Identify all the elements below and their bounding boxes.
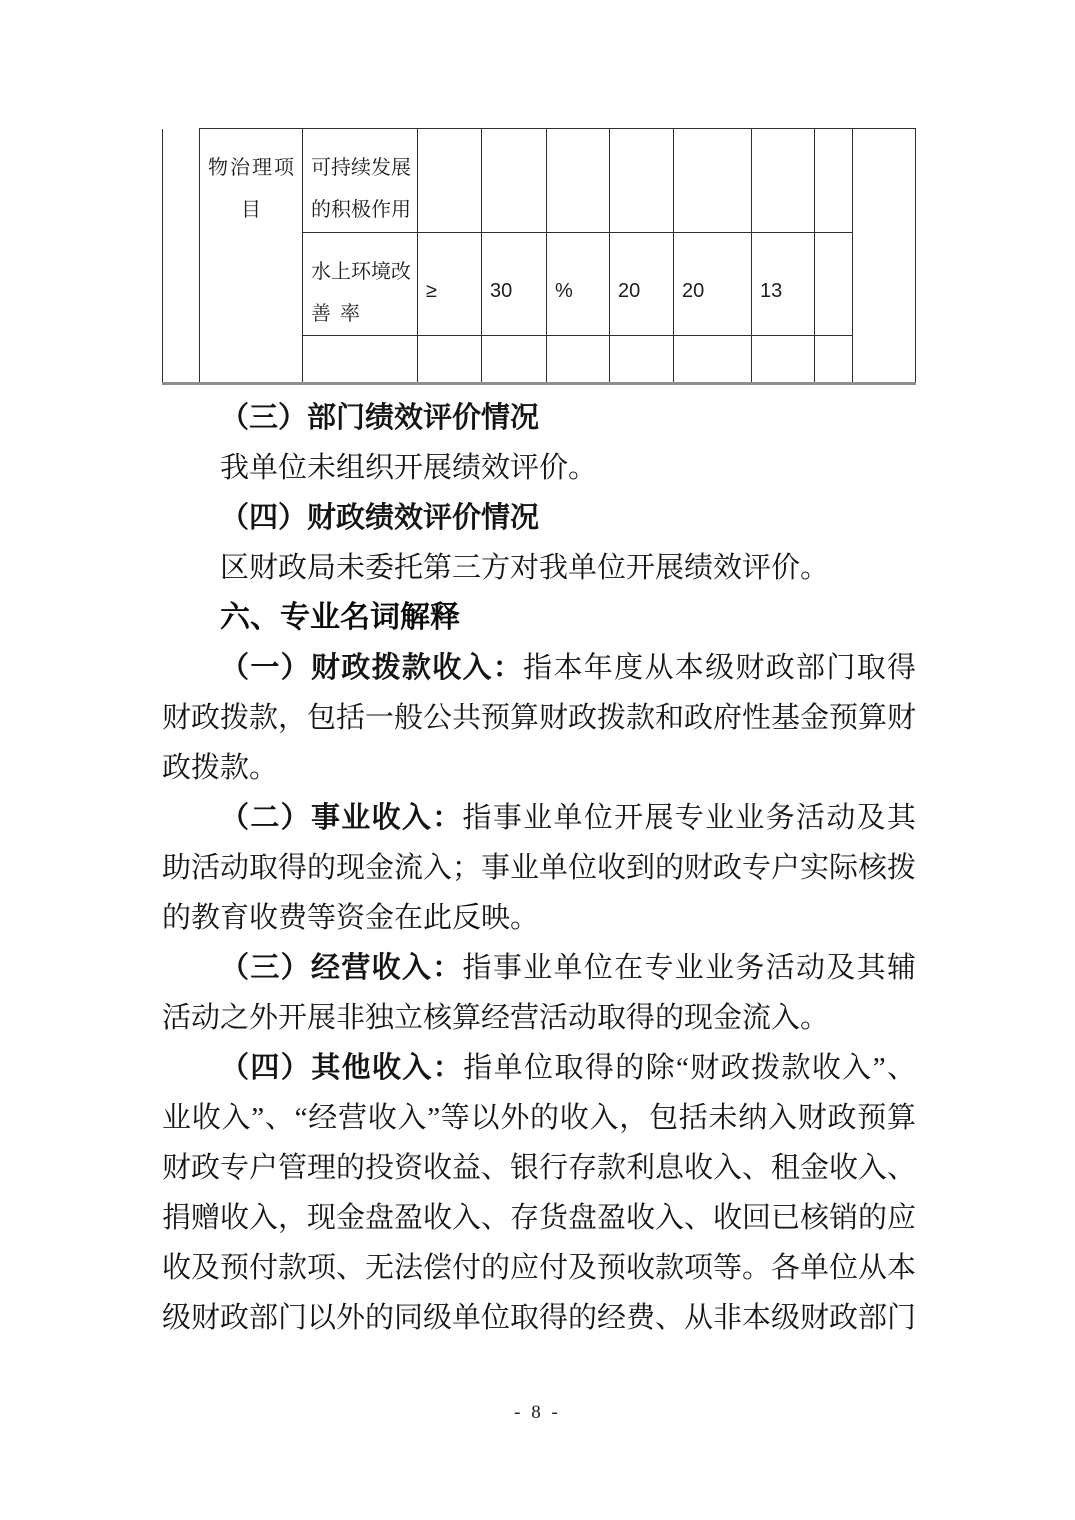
text-line: 区财政局未委托第三方对我单位开展绩效评价。 [162, 543, 916, 593]
value-cell-a: 20 [610, 233, 674, 336]
table-cell-right-spanned [853, 129, 916, 384]
heading-chapter-six: 六、专业名词解释 [162, 593, 916, 643]
table-cell-empty [610, 129, 674, 233]
text-line: 助活动取得的现金流入；事业单位收到的财政专户实际核拨 [162, 843, 916, 893]
value-c: 13 [752, 266, 814, 302]
heading-section-four: （四）财政绩效评价情况 [162, 493, 916, 543]
paragraph-term-other-income: （四）其他收入：指单位取得的除“财政拨款收入”、“事业收入”、“经营收入”等以外… [162, 1043, 916, 1343]
table-cell-empty [752, 129, 815, 233]
project-name-line2: 目 [200, 189, 302, 231]
table-cell-empty [815, 129, 853, 233]
text-line: （四）其他收入：指单位取得的除“财政拨款收入”、“事 [162, 1043, 916, 1093]
page-number: - 8 - [0, 1402, 1075, 1424]
table-cell-empty [547, 336, 610, 384]
term-label: （一）财政拨款收入： [220, 652, 523, 684]
table-cell-empty [547, 129, 610, 233]
text-line: （三）经营收入：指事业单位在专业业务活动及其辅助 [162, 943, 916, 993]
term-label: （三）经营收入： [220, 952, 463, 984]
table-cell-left-spanned [163, 129, 200, 384]
indicator-line: 可持续发展 [303, 147, 417, 189]
table-cell-empty [482, 129, 547, 233]
paragraph-term-business-income: （三）经营收入：指事业单位在专业业务活动及其辅助活动之外开展非独立核算经营活动取… [162, 943, 916, 1043]
value-a: 20 [610, 266, 673, 302]
term-label: （二）事业收入： [220, 802, 463, 834]
indicator-line: 善率 [303, 293, 417, 335]
indicator-cell-sustainable-effect: 可持续发展 的积极作用 [303, 129, 418, 233]
paragraph-dept-evaluation: 我单位未组织开展绩效评价。 [162, 443, 916, 493]
value-cell-c: 13 [752, 233, 815, 336]
table-cell-empty [303, 336, 418, 384]
value-cell-b: 20 [674, 233, 752, 336]
paragraph-finance-evaluation: 区财政局未委托第三方对我单位开展绩效评价。 [162, 543, 916, 593]
target-value: 30 [482, 266, 546, 302]
table-cell-empty [752, 336, 815, 384]
performance-indicator-table: 物治理项 目 可持续发展 的积极作用 水上环境改 [162, 128, 916, 385]
text-line: 收及预付款项、无法偿付的应付及预收款项等。各单位从本 [162, 1243, 916, 1293]
operator-cell: ≥ [418, 233, 482, 336]
table-cell-empty [674, 129, 752, 233]
text-line: 财政专户管理的投资收益、银行存款利息收入、租金收入、 [162, 1143, 916, 1193]
text-line: （一）财政拨款收入：指本年度从本级财政部门取得的 [162, 643, 916, 693]
term-label: （四）其他收入： [220, 1052, 463, 1084]
unit-value: % [547, 266, 609, 302]
text-line: 活动之外开展非独立核算经营活动取得的现金流入。 [162, 993, 916, 1043]
paragraph-term-fiscal-appropriation: （一）财政拨款收入：指本年度从本级财政部门取得的财政拨款，包括一般公共预算财政拨… [162, 643, 916, 793]
text-line: 级财政部门以外的同级单位取得的经费、从非本级财政部门 [162, 1293, 916, 1343]
indicator-line: 水上环境改 [303, 251, 417, 293]
unit-cell: % [547, 233, 610, 336]
table-cell-empty [815, 233, 853, 336]
table-cell-empty [418, 336, 482, 384]
text-line: 政拨款。 [162, 743, 916, 793]
table-cell-empty [418, 129, 482, 233]
operator-value: ≥ [418, 266, 481, 302]
target-value-cell: 30 [482, 233, 547, 336]
text-line: 的教育收费等资金在此反映。 [162, 893, 916, 943]
text-line: 业收入”、“经营收入”等以外的收入，包括未纳入财政预算或 [162, 1093, 916, 1143]
text-line: 捐赠收入，现金盘盈收入、存货盘盈收入、收回已核销的应 [162, 1193, 916, 1243]
document-page: 物治理项 目 可持续发展 的积极作用 水上环境改 [0, 0, 1075, 1520]
table-cell-empty [482, 336, 547, 384]
indicator-line: 的积极作用 [303, 189, 417, 231]
project-name-cell: 物治理项 目 [200, 129, 303, 384]
paragraph-term-operating-income: （二）事业收入：指事业单位开展专业业务活动及其辅助活动取得的现金流入；事业单位收… [162, 793, 916, 943]
indicator-cell-water-improvement: 水上环境改 善率 [303, 233, 418, 336]
table-cell-empty [815, 336, 853, 384]
body-text: （三）部门绩效评价情况我单位未组织开展绩效评价。（四）财政绩效评价情况区财政局未… [162, 393, 916, 1343]
value-b: 20 [674, 266, 751, 302]
heading-section-three: （三）部门绩效评价情况 [162, 393, 916, 443]
project-name-line1: 物治理项 [200, 147, 302, 189]
text-line: （二）事业收入：指事业单位开展专业业务活动及其辅 [162, 793, 916, 843]
table-cell-empty [674, 336, 752, 384]
table-cell-empty [610, 336, 674, 384]
text-line: 我单位未组织开展绩效评价。 [162, 443, 916, 493]
text-line: 财政拨款，包括一般公共预算财政拨款和政府性基金预算财 [162, 693, 916, 743]
